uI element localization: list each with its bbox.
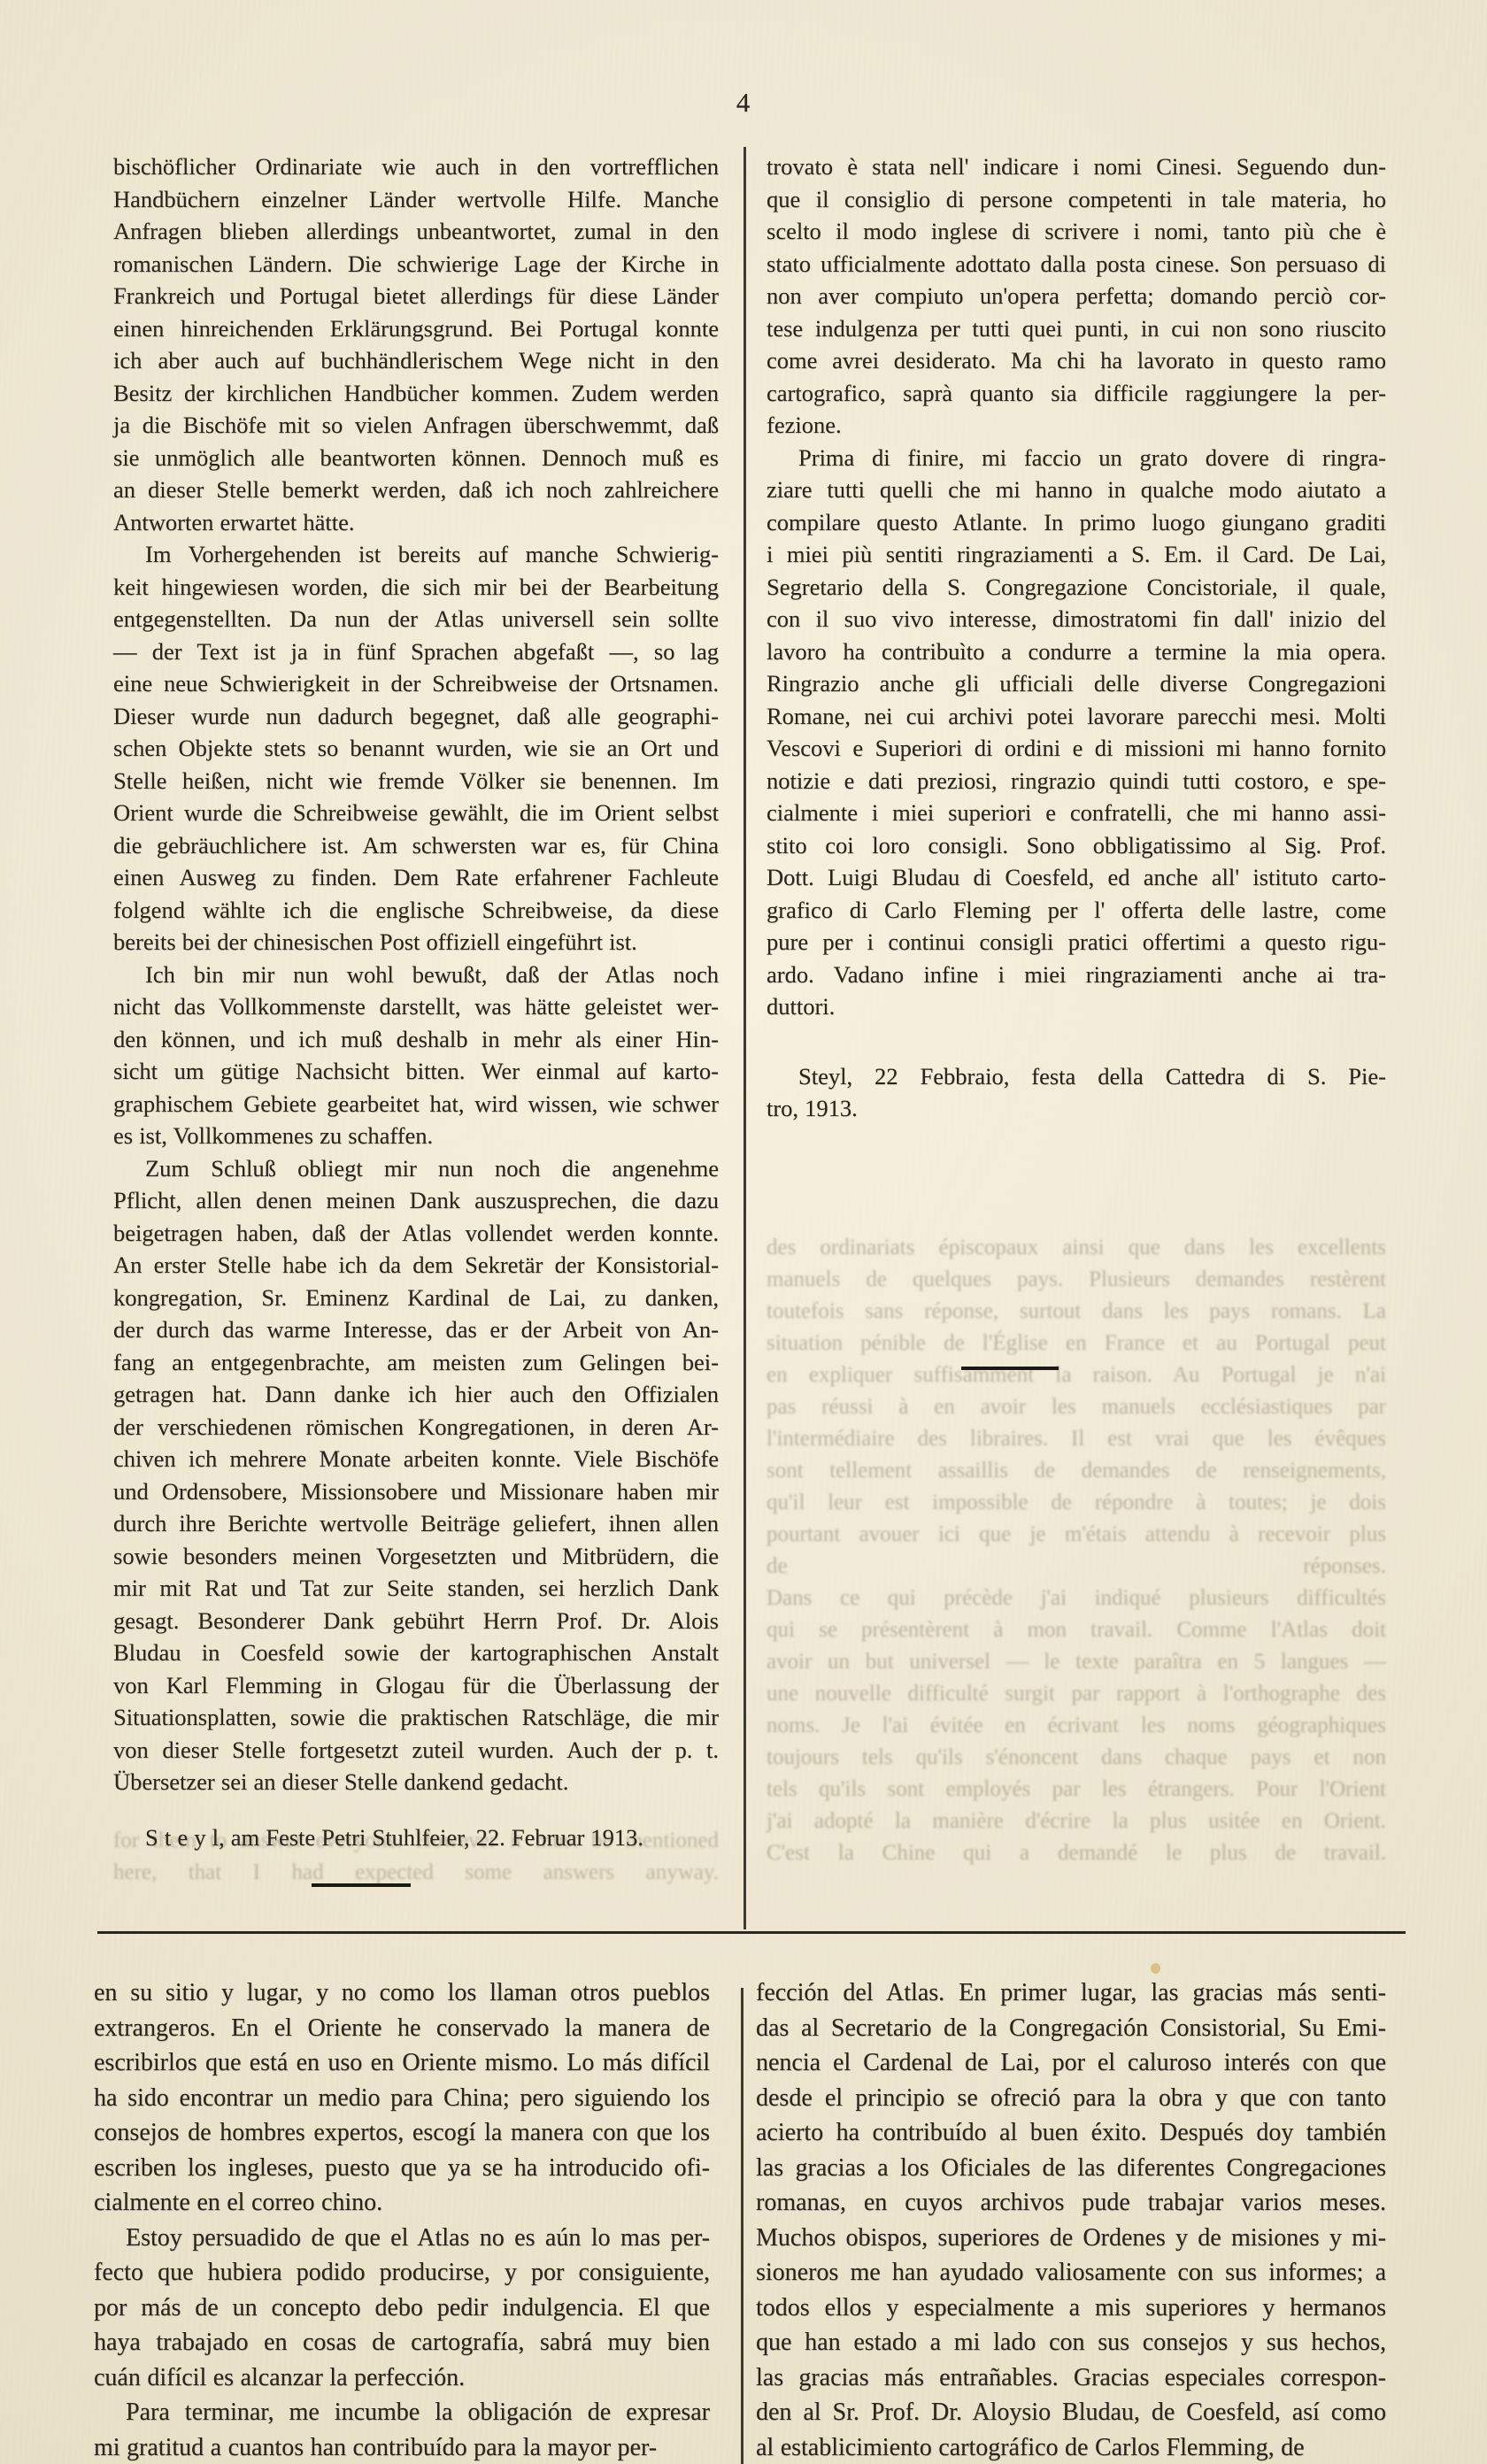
paragraph: Steyl, 22 Febbraio, festa della Cattedra… — [767, 1060, 1386, 1125]
bleed-text-line: here, that I had expected some answers a… — [113, 1857, 719, 1889]
paragraph: Prima di finire, mi faccio un grato dove… — [767, 442, 1386, 1023]
bleed-through-french-text: des ordinariats épiscopaux ainsi que dan… — [767, 1232, 1386, 1869]
text-line: sicht um gütige Nachsicht bitten. Wer ei… — [113, 1055, 719, 1088]
text-line: eine neue Schwierigkeit in der Schreibwe… — [113, 667, 719, 700]
text-line: Prima di finire, mi faccio un grato dove… — [767, 442, 1386, 474]
text-line: sie unmöglich alle beantworten können. D… — [113, 442, 719, 474]
paragraph: fección del Atlas. En primer lugar, las … — [756, 1975, 1386, 2464]
text-line: den al Sr. Prof. Dr. Aloysio Bludau, de … — [756, 2395, 1386, 2430]
text-line: Steyl, 22 Febbraio, festa della Cattedra… — [767, 1060, 1386, 1093]
text-line: tro, 1913. — [767, 1092, 1386, 1125]
text-line: mi gratitud a cuantos han contribuído pa… — [94, 2430, 710, 2464]
text-line: Antworten erwartet hätte. — [113, 506, 719, 539]
text-line: bischöflicher Ordinariate wie auch in de… — [113, 150, 719, 183]
text-line: einen hinreichenden Erklärungsgrund. Bei… — [113, 312, 719, 345]
text-line: grafico di Carlo Fleming per l' offerta … — [767, 894, 1386, 927]
bleed-text-line: toujours tels qu'ils s'énoncent dans cha… — [767, 1742, 1386, 1774]
text-line: Orient wurde die Schreibweise gewählt, d… — [113, 797, 719, 829]
text-line: duttori. — [767, 990, 1386, 1023]
text-line: kongregation, Sr. Eminenz Kardinal de La… — [113, 1282, 719, 1314]
text-line: nencia el Cardenal de Lai, por el caluro… — [756, 2045, 1386, 2081]
text-line: romanischen Ländern. Die schwierige Lage… — [113, 248, 719, 281]
text-line: tese indulgenza per tutti quei punti, in… — [767, 312, 1386, 345]
text-line: die gebräuchlichere ist. Am schwersten w… — [113, 829, 719, 862]
bleed-text-line: tels qu'ils sont employés par les étrang… — [767, 1774, 1386, 1806]
text-line: Romane, nei cui archivi potei lavorare p… — [767, 700, 1386, 733]
bleed-text-line: une nouvelle difficulté surgit par rappo… — [767, 1678, 1386, 1710]
text-line: Übersetzer sei an dieser Stelle dankend … — [113, 1766, 719, 1798]
text-line: Estoy persuadido de que el Atlas no es a… — [94, 2221, 710, 2256]
text-line: Zum Schluß obliegt mir nun noch die ange… — [113, 1152, 719, 1185]
text-line: al establicimiento cartográfico de Carlo… — [756, 2430, 1386, 2464]
bleed-text-line: situation pénible de l'Église en France … — [767, 1328, 1386, 1359]
text-line: ich aber auch auf buchhändlerischem Wege… — [113, 344, 719, 377]
text-line: von dieser Stelle fortgesetzt zuteil wur… — [113, 1734, 719, 1767]
text-line: entgegenstellten. Da nun der Atlas unive… — [113, 603, 719, 635]
text-line: extrangeros. En el Oriente he conservado… — [94, 2011, 710, 2046]
text-line: sowie besonders meinen Vorgesetzten und … — [113, 1540, 719, 1573]
text-line: come avrei desiderato. Ma chi ha lavorat… — [767, 344, 1386, 377]
text-line: acierto ha contribuído al buen éxito. De… — [756, 2115, 1386, 2151]
text-line: las gracias más entrañables. Gracias esp… — [756, 2360, 1386, 2396]
text-line: getragen hat. Dann danke ich hier auch d… — [113, 1378, 719, 1411]
text-line: von Karl Flemming in Glogau für die Über… — [113, 1669, 719, 1702]
paragraph: en su sitio y lugar, y no como los llama… — [94, 1975, 710, 2221]
text-line: Besitz der kirchlichen Handbücher kommen… — [113, 377, 719, 410]
text-line: den können, und ich muß deshalb in mehr … — [113, 1023, 719, 1056]
text-line: non aver compiuto un'opera perfetta; dom… — [767, 280, 1386, 312]
bleed-text-line: Dans ce qui précède j'ai indiqué plusieu… — [767, 1582, 1386, 1614]
bleed-text-line: toutefois sans réponse, surtout dans les… — [767, 1296, 1386, 1328]
bleed-text-line: avoir un but universel — le texte paraît… — [767, 1646, 1386, 1678]
text-line: que han estado a mi lado con sus consejo… — [756, 2325, 1386, 2360]
spanish-preface-column-left: en su sitio y lugar, y no como los llama… — [94, 1975, 710, 2464]
paragraph: Im Vorhergehenden ist bereits auf manche… — [113, 538, 719, 959]
text-line: escriben los ingleses, puesto que ya se … — [94, 2151, 710, 2186]
italian-preface-column: trovato è stata nell' indicare i nomi Ci… — [767, 150, 1386, 1125]
text-line: cialmente i miei superiori e confratelli… — [767, 797, 1386, 829]
bleed-text-line: j'ai adopté la manière d'écrire la plus … — [767, 1806, 1386, 1837]
text-line: cartografico, saprà quanto sia difficile… — [767, 377, 1386, 410]
paragraph: Ich bin mir nun wohl bewußt, daß der Atl… — [113, 959, 719, 1152]
text-line: das al Secretario de la Congregación Con… — [756, 2011, 1386, 2046]
text-line: Dieser wurde nun dadurch begegnet, daß a… — [113, 700, 719, 733]
text-line: compilare questo Atlante. In primo luogo… — [767, 506, 1386, 539]
text-line: der durch das warme Interesse, das er de… — [113, 1313, 719, 1346]
paragraph: Zum Schluß obliegt mir nun noch die ange… — [113, 1152, 719, 1798]
text-line: Frankreich und Portugal bietet allerding… — [113, 280, 719, 312]
text-line: cuán difícil es alcanzar la perfección. — [94, 2360, 710, 2396]
text-line: haya trabajado en cosas de cartografía, … — [94, 2325, 710, 2360]
text-line: bereits bei der chinesischen Post offizi… — [113, 926, 719, 959]
text-line: Handbüchern einzelner Länder wertvolle H… — [113, 183, 719, 216]
bleed-text-line: pourtant avouer ici que je m'étais atten… — [767, 1519, 1386, 1551]
text-line: con il suo vivo interesse, dimostratomi … — [767, 603, 1386, 635]
text-line: stato ufficialmente adottato dalla posta… — [767, 248, 1386, 281]
section-separator-rule — [97, 1931, 1406, 1934]
text-line: einen Ausweg zu finden. Dem Rate erfahre… — [113, 861, 719, 894]
text-line: durch ihre Berichte wertvolle Beiträge g… — [113, 1507, 719, 1540]
text-line: und Ordensobere, Missionsobere und Missi… — [113, 1475, 719, 1508]
text-line: fección del Atlas. En primer lugar, las … — [756, 1975, 1386, 2011]
paragraph: trovato è stata nell' indicare i nomi Ci… — [767, 150, 1386, 442]
bleed-text-line: pas réussi à en avoir les manuels ecclés… — [767, 1391, 1386, 1423]
text-line: Segretario della S. Congregazione Concis… — [767, 571, 1386, 604]
text-line: ja die Bischöfe mit so vielen Anfragen ü… — [113, 409, 719, 442]
text-line: pure per i continui consigli pratici off… — [767, 926, 1386, 959]
column-divider-rule-bottom — [741, 1988, 743, 2464]
bleed-text-line: l'intermédiaire des libraires. Il est vr… — [767, 1423, 1386, 1455]
text-line: An erster Stelle habe ich da dem Sekretä… — [113, 1249, 719, 1282]
paragraph: bischöflicher Ordinariate wie auch in de… — [113, 150, 719, 538]
text-line: — der Text ist ja in fünf Sprachen abgef… — [113, 635, 719, 668]
text-line: Im Vorhergehenden ist bereits auf manche… — [113, 538, 719, 571]
text-line: gesagt. Besonderer Dank gebührt Herrn Pr… — [113, 1605, 719, 1637]
text-line: i miei più sentiti ringraziamenti a S. E… — [767, 538, 1386, 571]
spanish-preface-column-right: fección del Atlas. En primer lugar, las … — [756, 1975, 1386, 2464]
text-line: Dott. Luigi Bludau di Coesfeld, ed anche… — [767, 861, 1386, 894]
text-line: en su sitio y lugar, y no como los llama… — [94, 1975, 710, 2011]
text-line: por más de un concepto debo pedir indulg… — [94, 2291, 710, 2326]
bleed-text-line: C'est la Chine qui a demandé le plus de … — [767, 1837, 1386, 1869]
paragraph: S t e y l, am Feste Petri Stuhlfeier, 22… — [113, 1821, 719, 1854]
text-line: S t e y l, am Feste Petri Stuhlfeier, 22… — [113, 1821, 719, 1854]
bleed-text-line: en expliquer suffisamment la raison. Au … — [767, 1359, 1386, 1391]
bleed-text-line: qu'il leur est impossible de répondre à … — [767, 1487, 1386, 1519]
bleed-text-line: des ordinariats épiscopaux ainsi que dan… — [767, 1232, 1386, 1264]
text-line: Para terminar, me incumbe la obligación … — [94, 2395, 710, 2430]
paper-speck — [1151, 1963, 1160, 1974]
bleed-text-line: noms. Je l'ai évitée en écrivant les nom… — [767, 1710, 1386, 1742]
text-line: mir mit Rat und Tat zur Seite standen, s… — [113, 1572, 719, 1605]
text-line: Muchos obispos, superiores de Ordenes y … — [756, 2221, 1386, 2256]
text-line: cialmente en el correo chino. — [94, 2185, 710, 2221]
text-line: escribirlos que está en uso en Oriente m… — [94, 2045, 710, 2081]
italian-section-end-rule — [961, 1367, 1059, 1370]
text-line: schen Objekte stets so benannt wurden, w… — [113, 732, 719, 765]
text-line: desde el principio se ofreció para la ob… — [756, 2081, 1386, 2116]
text-line: der verschiedenen römischen Kongregation… — [113, 1411, 719, 1444]
german-section-end-rule — [312, 1883, 411, 1887]
german-preface-column: bischöflicher Ordinariate wie auch in de… — [113, 150, 719, 1853]
text-line: las gracias a los Oficiales de las difer… — [756, 2151, 1386, 2186]
bleed-text-line: sont tellement assaillis de demandes de … — [767, 1455, 1386, 1487]
bleed-text-line: de réponses. — [767, 1551, 1386, 1582]
text-line: Situationsplatten, sowie die praktischen… — [113, 1701, 719, 1734]
text-line: es ist, Vollkommenes zu schaffen. — [113, 1120, 719, 1152]
text-line: notizie e dati preziosi, ringrazio quind… — [767, 765, 1386, 797]
text-line: Bludau in Coesfeld sowie der kartographi… — [113, 1636, 719, 1669]
text-line: scelto il modo inglese di scrivere i nom… — [767, 215, 1386, 248]
text-line: fecto que hubiera podido producirse, y p… — [94, 2255, 710, 2291]
text-line: ziare tutti quelli che mi hanno in qualc… — [767, 474, 1386, 506]
text-line: Stelle heißen, nicht wie fremde Völker s… — [113, 765, 719, 797]
page-number: 4 — [0, 87, 1487, 119]
text-line: Vescovi e Superiori di ordini e di missi… — [767, 732, 1386, 765]
text-line: Pflicht, allen denen meinen Dank auszusp… — [113, 1184, 719, 1217]
text-line: romanas, en cuyos archivos pude trabajar… — [756, 2185, 1386, 2221]
text-line: Ich bin mir nun wohl bewußt, daß der Atl… — [113, 959, 719, 991]
text-line: chiven ich mehrere Monate arbeiten konnt… — [113, 1443, 719, 1475]
scanned-book-page: 4 des ordinariats épiscopaux ainsi que d… — [0, 0, 1487, 2464]
text-line: stito coi loro consigli. Sono obbligatis… — [767, 829, 1386, 862]
text-line: consejos de hombres expertos, escogí la … — [94, 2115, 710, 2151]
paragraph: Estoy persuadido de que el Atlas no es a… — [94, 2221, 710, 2396]
text-line: sioneros me han ayudado valiosamente con… — [756, 2255, 1386, 2291]
bleed-text-line: qui se présentèrent à mon travail. Comme… — [767, 1614, 1386, 1646]
text-line: folgend wählte ich die englische Schreib… — [113, 894, 719, 927]
text-line: Ringrazio anche gli ufficiali delle dive… — [767, 667, 1386, 700]
paragraph: Para terminar, me incumbe la obligación … — [94, 2395, 710, 2464]
text-line: Anfragen blieben allerdings unbeantworte… — [113, 215, 719, 248]
text-line: beigetragen haben, daß der Atlas vollend… — [113, 1217, 719, 1250]
bleed-text-line: manuels de quelques pays. Plusieurs dema… — [767, 1264, 1386, 1296]
text-line: keit hingewiesen worden, die sich mir be… — [113, 571, 719, 604]
text-line: an dieser Stelle bemerkt werden, daß ich… — [113, 474, 719, 506]
text-line: nicht das Vollkommenste darstellt, was h… — [113, 990, 719, 1023]
text-line: todos ellos y especialmente a mis superi… — [756, 2291, 1386, 2326]
text-line: graphischem Gebiete gearbeitet hat, wird… — [113, 1088, 719, 1120]
text-line: ha sido encontrar un medio para China; p… — [94, 2081, 710, 2116]
text-line: lavoro ha contribuìto a condurre a termi… — [767, 635, 1386, 668]
text-line: que il consiglio di persone competenti i… — [767, 183, 1386, 216]
text-line: fang an entgegenbrachte, am meisten zum … — [113, 1346, 719, 1379]
text-line: trovato è stata nell' indicare i nomi Ci… — [767, 150, 1386, 183]
column-divider-rule-top — [743, 147, 746, 1929]
text-line: fezione. — [767, 409, 1386, 442]
text-line: ardo. Vadano infine i miei ringraziament… — [767, 959, 1386, 991]
